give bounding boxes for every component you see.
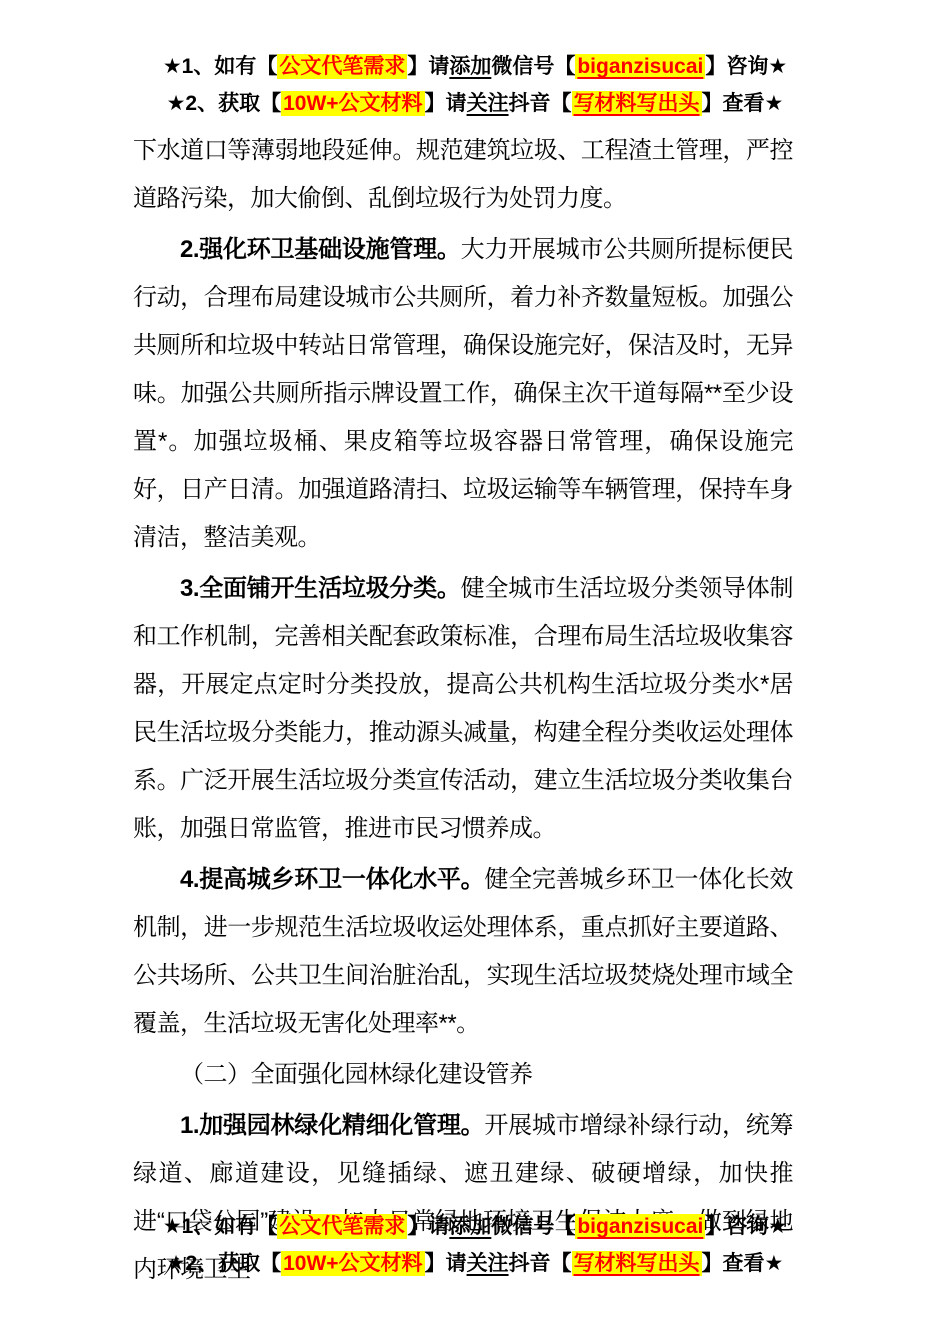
paragraph: （二）全面强化园林绿化建设管养: [133, 1051, 793, 1099]
paragraph-text: 健全城市生活垃圾分类领导体制和工作机制，完善相关配套政策标准，合理布局生活垃圾收…: [133, 575, 793, 842]
promo-text: 】请: [425, 92, 467, 115]
underlined-promo-text: 添加: [449, 1215, 491, 1238]
paragraph-lead-bold: 2.强化环卫基础设施管理。: [180, 236, 461, 263]
paragraph-lead-bold: 3.全面铺开生活垃圾分类。: [180, 575, 461, 602]
highlighted-promo-text: biganzisucai: [575, 54, 705, 79]
highlighted-promo-text: 写材料写出头: [572, 1251, 702, 1276]
promo-text: ★2、获取【: [167, 92, 282, 115]
highlighted-promo-text: 公文代笔需求: [277, 54, 407, 79]
paragraph: 4.提高城乡环卫一体化水平。健全完善城乡环卫一体化长效机制，进一步规范生活垃圾收…: [133, 856, 793, 1048]
highlighted-promo-text: 10W+公文材料: [281, 1251, 424, 1276]
promo-text: 】咨询★: [705, 1215, 787, 1238]
document-page: ★1、如有【公文代笔需求】请添加微信号【biganzisucai】咨询★★2、获…: [0, 0, 950, 1344]
highlighted-promo-text: 10W+公文材料: [281, 91, 424, 116]
header-promo-banner: ★1、如有【公文代笔需求】请添加微信号【biganzisucai】咨询★★2、获…: [0, 0, 950, 122]
paragraph: 下水道口等薄弱地段延伸。规范建筑垃圾、工程渣土管理，严控道路污染，加大偷倒、乱倒…: [133, 127, 793, 223]
promo-text: 抖音【: [509, 92, 572, 115]
promo-text: 】请: [407, 55, 449, 78]
paragraph-text: 下水道口等薄弱地段延伸。规范建筑垃圾、工程渣土管理，严控道路污染，加大偷倒、乱倒…: [133, 137, 793, 212]
paragraph: 2.强化环卫基础设施管理。大力开展城市公共厕所提标便民行动，合理布局建设城市公共…: [133, 226, 793, 562]
underlined-promo-text: 关注: [467, 1252, 509, 1275]
promo-text: ★1、如有【: [163, 1215, 278, 1238]
underlined-promo-text: 添加: [449, 55, 491, 78]
paragraph-lead-bold: 1.加强园林绿化精细化管理。: [180, 1112, 484, 1139]
promo-text: ★1、如有【: [163, 55, 278, 78]
promo-line: ★1、如有【公文代笔需求】请添加微信号【biganzisucai】咨询★: [0, 48, 950, 85]
promo-line: ★1、如有【公文代笔需求】请添加微信号【biganzisucai】咨询★: [0, 1208, 950, 1245]
promo-text: 微信号【: [491, 1215, 575, 1238]
paragraph-lead-bold: 4.提高城乡环卫一体化水平。: [180, 866, 484, 893]
promo-line: ★2、获取【10W+公文材料】请关注抖音【写材料写出头】查看★: [0, 85, 950, 122]
paragraph: 3.全面铺开生活垃圾分类。健全城市生活垃圾分类领导体制和工作机制，完善相关配套政…: [133, 565, 793, 853]
promo-text: 】查看★: [702, 1252, 784, 1275]
promo-text: 】请: [407, 1215, 449, 1238]
promo-text: 微信号【: [491, 55, 575, 78]
document-body: 下水道口等薄弱地段延伸。规范建筑垃圾、工程渣土管理，严控道路污染，加大偷倒、乱倒…: [133, 127, 793, 1294]
highlighted-promo-text: 写材料写出头: [572, 91, 702, 116]
underlined-promo-text: 关注: [467, 92, 509, 115]
promo-text: 】咨询★: [705, 55, 787, 78]
paragraph-text: （二）全面强化园林绿化建设管养: [180, 1061, 533, 1088]
highlighted-promo-text: 公文代笔需求: [277, 1214, 407, 1239]
highlighted-promo-text: biganzisucai: [575, 1214, 705, 1239]
paragraph-text: 大力开展城市公共厕所提标便民行动，合理布局建设城市公共厕所，着力补齐数量短板。加…: [133, 236, 793, 551]
footer-promo-banner: ★1、如有【公文代笔需求】请添加微信号【biganzisucai】咨询★★2、获…: [0, 1208, 950, 1282]
promo-text: 】请: [425, 1252, 467, 1275]
promo-text: ★2、获取【: [167, 1252, 282, 1275]
promo-text: 】查看★: [702, 92, 784, 115]
promo-text: 抖音【: [509, 1252, 572, 1275]
promo-line: ★2、获取【10W+公文材料】请关注抖音【写材料写出头】查看★: [0, 1245, 950, 1282]
